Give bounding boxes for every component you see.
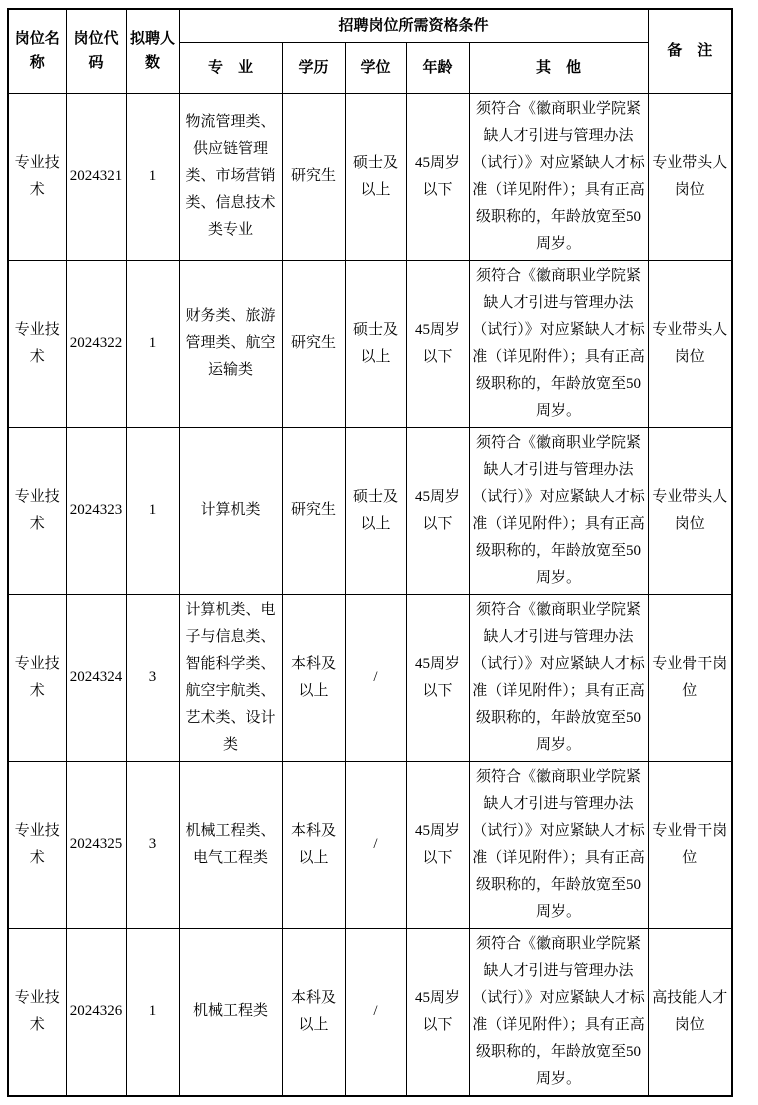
- age-cell: 45周岁以下: [406, 427, 469, 594]
- hire-count-cell: 1: [126, 260, 179, 427]
- position-code-cell: 2024322: [66, 260, 126, 427]
- col-header-position-code: 岗位代码: [66, 9, 126, 93]
- remarks-cell: 高技能人才岗位: [648, 928, 732, 1096]
- table-body: 专业技术 2024321 1 物流管理类、供应链管理类、市场营销类、信息技术类专…: [8, 93, 732, 1096]
- position-name-cell: 专业技术: [8, 427, 66, 594]
- degree-cell: 硕士及以上: [345, 93, 406, 260]
- degree-cell: 硕士及以上: [345, 427, 406, 594]
- education-cell: 研究生: [282, 93, 345, 260]
- education-cell: 研究生: [282, 260, 345, 427]
- document-page: 岗位名称 岗位代码 拟聘人数 招聘岗位所需资格条件 备 注 专 业 学历 学位 …: [0, 0, 758, 1105]
- position-name-cell: 专业技术: [8, 761, 66, 928]
- major-cell: 财务类、旅游管理类、航空运输类: [179, 260, 282, 427]
- position-name-cell: 专业技术: [8, 928, 66, 1096]
- col-header-remarks: 备 注: [648, 9, 732, 93]
- age-cell: 45周岁以下: [406, 260, 469, 427]
- position-code-cell: 2024321: [66, 93, 126, 260]
- major-cell: 机械工程类: [179, 928, 282, 1096]
- table-row: 专业技术 2024326 1 机械工程类 本科及以上 / 45周岁以下 须符合《…: [8, 928, 732, 1096]
- major-cell: 机械工程类、电气工程类: [179, 761, 282, 928]
- position-code-cell: 2024325: [66, 761, 126, 928]
- col-header-position-name: 岗位名称: [8, 9, 66, 93]
- position-code-cell: 2024323: [66, 427, 126, 594]
- position-name-cell: 专业技术: [8, 93, 66, 260]
- major-cell: 物流管理类、供应链管理类、市场营销类、信息技术类专业: [179, 93, 282, 260]
- education-cell: 研究生: [282, 427, 345, 594]
- position-name-cell: 专业技术: [8, 260, 66, 427]
- table-row: 专业技术 2024325 3 机械工程类、电气工程类 本科及以上 / 45周岁以…: [8, 761, 732, 928]
- age-cell: 45周岁以下: [406, 594, 469, 761]
- remarks-cell: 专业骨干岗位: [648, 761, 732, 928]
- hire-count-cell: 1: [126, 928, 179, 1096]
- col-header-major: 专 业: [179, 42, 282, 93]
- degree-cell: /: [345, 594, 406, 761]
- remarks-cell: 专业带头人岗位: [648, 93, 732, 260]
- age-cell: 45周岁以下: [406, 93, 469, 260]
- major-cell: 计算机类、电子与信息类、智能科学类、航空宇航类、艺术类、设计类: [179, 594, 282, 761]
- degree-cell: /: [345, 761, 406, 928]
- other-requirements-cell: 须符合《徽商职业学院紧缺人才引进与管理办法（试行）》对应紧缺人才标准（详见附件）…: [469, 761, 648, 928]
- position-code-cell: 2024326: [66, 928, 126, 1096]
- recruitment-positions-table: 岗位名称 岗位代码 拟聘人数 招聘岗位所需资格条件 备 注 专 业 学历 学位 …: [7, 8, 733, 1097]
- education-cell: 本科及以上: [282, 594, 345, 761]
- table-row: 专业技术 2024321 1 物流管理类、供应链管理类、市场营销类、信息技术类专…: [8, 93, 732, 260]
- col-header-education: 学历: [282, 42, 345, 93]
- other-requirements-cell: 须符合《徽商职业学院紧缺人才引进与管理办法（试行）》对应紧缺人才标准（详见附件）…: [469, 260, 648, 427]
- other-requirements-cell: 须符合《徽商职业学院紧缺人才引进与管理办法（试行）》对应紧缺人才标准（详见附件）…: [469, 427, 648, 594]
- table-header: 岗位名称 岗位代码 拟聘人数 招聘岗位所需资格条件 备 注 专 业 学历 学位 …: [8, 9, 732, 93]
- col-header-hire-count: 拟聘人数: [126, 9, 179, 93]
- col-header-age: 年龄: [406, 42, 469, 93]
- major-cell: 计算机类: [179, 427, 282, 594]
- position-code-cell: 2024324: [66, 594, 126, 761]
- hire-count-cell: 1: [126, 93, 179, 260]
- other-requirements-cell: 须符合《徽商职业学院紧缺人才引进与管理办法（试行）》对应紧缺人才标准（详见附件）…: [469, 594, 648, 761]
- table-row: 专业技术 2024323 1 计算机类 研究生 硕士及以上 45周岁以下 须符合…: [8, 427, 732, 594]
- degree-cell: 硕士及以上: [345, 260, 406, 427]
- col-header-qualifications-group: 招聘岗位所需资格条件: [179, 9, 648, 42]
- hire-count-cell: 3: [126, 594, 179, 761]
- remarks-cell: 专业带头人岗位: [648, 260, 732, 427]
- col-header-degree: 学位: [345, 42, 406, 93]
- education-cell: 本科及以上: [282, 761, 345, 928]
- age-cell: 45周岁以下: [406, 928, 469, 1096]
- position-name-cell: 专业技术: [8, 594, 66, 761]
- hire-count-cell: 3: [126, 761, 179, 928]
- degree-cell: /: [345, 928, 406, 1096]
- remarks-cell: 专业骨干岗位: [648, 594, 732, 761]
- education-cell: 本科及以上: [282, 928, 345, 1096]
- other-requirements-cell: 须符合《徽商职业学院紧缺人才引进与管理办法（试行）》对应紧缺人才标准（详见附件）…: [469, 928, 648, 1096]
- col-header-other: 其 他: [469, 42, 648, 93]
- table-row: 专业技术 2024322 1 财务类、旅游管理类、航空运输类 研究生 硕士及以上…: [8, 260, 732, 427]
- hire-count-cell: 1: [126, 427, 179, 594]
- age-cell: 45周岁以下: [406, 761, 469, 928]
- remarks-cell: 专业带头人岗位: [648, 427, 732, 594]
- table-row: 专业技术 2024324 3 计算机类、电子与信息类、智能科学类、航空宇航类、艺…: [8, 594, 732, 761]
- other-requirements-cell: 须符合《徽商职业学院紧缺人才引进与管理办法（试行）》对应紧缺人才标准（详见附件）…: [469, 93, 648, 260]
